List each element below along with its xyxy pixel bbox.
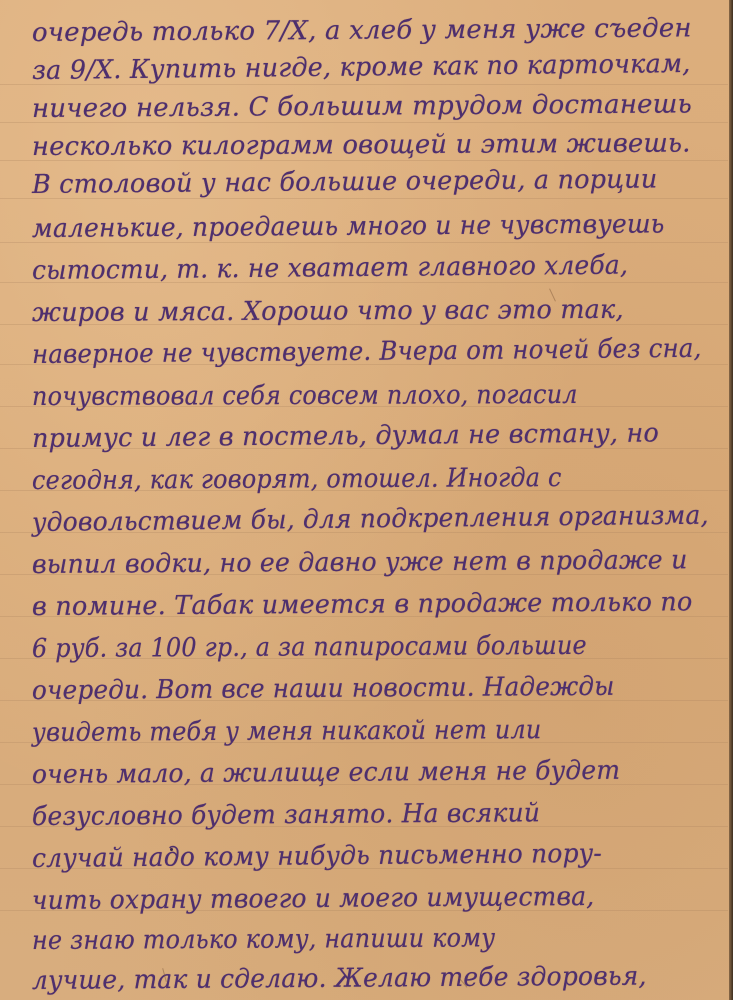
letter-line: В столовой у нас большие очереди, а порц… xyxy=(32,164,658,200)
letter-line: очередь только 7/X, а хлеб у меня уже съ… xyxy=(32,13,692,48)
letter-line: 6 руб. за 100 гр., а за папиросами больш… xyxy=(32,631,587,664)
letter-line: маленькие, проедаешь много и не чувствуе… xyxy=(32,209,665,244)
letter-page: очередь только 7/X, а хлеб у меня уже съ… xyxy=(0,0,733,1000)
letter-line: увидеть тебя у меня никакой нет или xyxy=(32,715,542,748)
ink-speck xyxy=(688,108,690,110)
letter-line: очень мало, а жилище если меня не будет xyxy=(32,756,620,790)
letter-line: жиров и мяса. Хорошо что у вас это так, xyxy=(32,295,624,328)
letter-line: выпил водки, но ее давно уже нет в прода… xyxy=(32,545,688,580)
letter-line: примус и лег в постель, думал не встану,… xyxy=(32,418,659,454)
letter-line: несколько килограмм овощей и этим живешь… xyxy=(32,129,691,162)
letter-line: в помине. Табак имеется в продаже только… xyxy=(32,587,693,622)
letter-line: не знаю только кому, напиши кому xyxy=(32,923,495,956)
letter-line: наверное не чувствуете. Вчера от ночей б… xyxy=(32,334,702,370)
letter-line: очереди. Вот все наши новости. Надежды xyxy=(32,672,615,706)
letter-line: ничего нельзя. С большим трудом достанеш… xyxy=(32,89,692,124)
letter-line: сытости, т. к. не хватает главного хлеба… xyxy=(32,251,628,286)
letter-line: сегодня, как говорят, отошел. Иногда с xyxy=(32,463,562,496)
letter-line: безусловно будет занято. На всякий xyxy=(32,798,540,832)
letter-line: лучше, так и сделаю. Желаю тебе здоровья… xyxy=(32,962,647,996)
letter-line: случай надо кому нибудь письменно пору- xyxy=(32,839,602,874)
page-edge xyxy=(729,0,733,1000)
letter-line: чить охрану твоего и моего имущества, xyxy=(32,882,595,916)
letter-line: почувствовал себя совсем плохо, погасил xyxy=(32,380,578,412)
letter-line: за 9/X. Купить нигде, кроме как по карто… xyxy=(32,49,691,86)
ink-speck xyxy=(170,848,173,851)
